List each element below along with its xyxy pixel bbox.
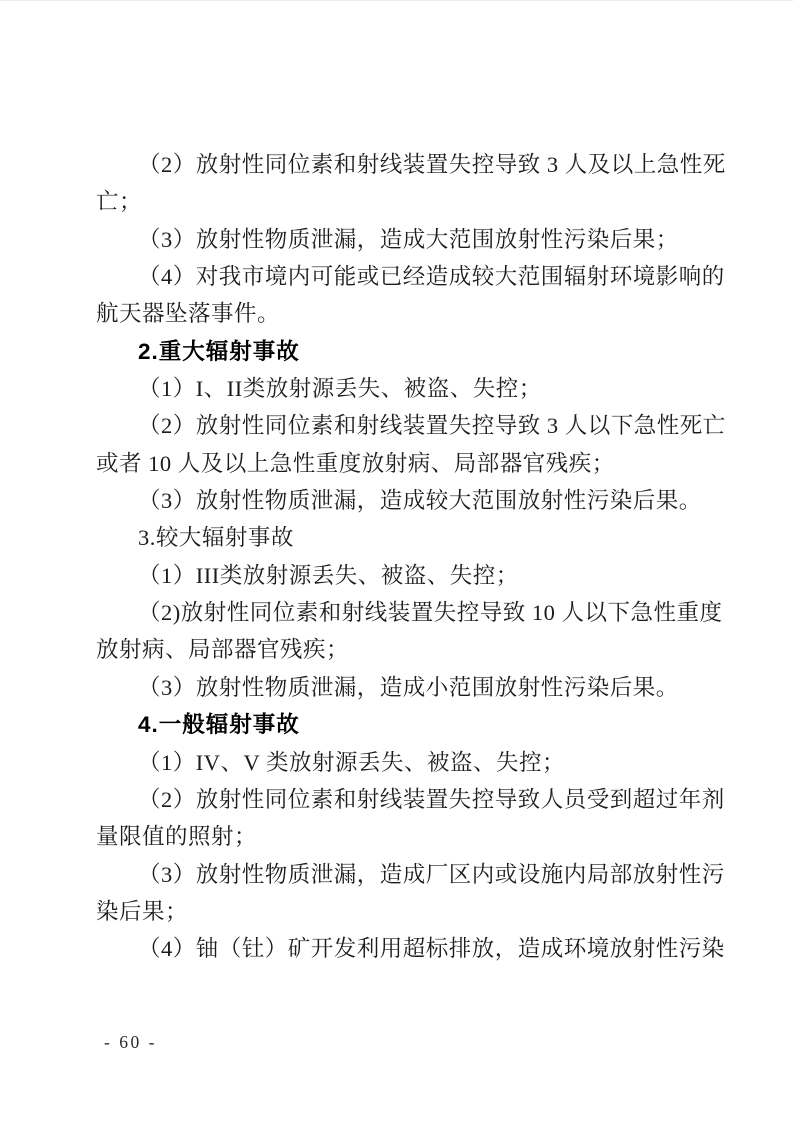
section-heading: 2.重大辐射事故 [96,333,712,370]
text-line: 放射病、局部器官残疾； [96,631,712,668]
text-line: （1）IV、V 类放射源丢失、被盗、失控； [96,744,712,781]
document-page: （2）放射性同位素和射线装置失控导致 3 人及以上急性死亡；（3）放射性物质泄漏… [0,0,793,1123]
text-line: 或者 10 人及以上急性重度放射病、局部器官残疾； [96,445,712,482]
text-line: （4）对我市境内可能或已经造成较大范围辐射环境影响的 [96,258,712,295]
text-line: （2)放射性同位素和射线装置失控导致 10 人以下急性重度 [96,594,712,631]
document-body: （2）放射性同位素和射线装置失控导致 3 人及以上急性死亡；（3）放射性物质泄漏… [96,146,712,968]
text-line: （4）铀（钍）矿开发利用超标排放，造成环境放射性污染 [96,930,712,967]
text-line: （3）放射性物质泄漏，造成厂区内或设施内局部放射性污 [96,856,712,893]
text-line: （3）放射性物质泄漏，造成大范围放射性污染后果； [96,221,712,258]
text-line: （3）放射性物质泄漏，造成较大范围放射性污染后果。 [96,482,712,519]
text-line: 染后果； [96,893,712,930]
text-line: （2）放射性同位素和射线装置失控导致 3 人以下急性死亡 [96,407,712,444]
text-line: （1）III类放射源丢失、被盗、失控； [96,557,712,594]
page-number: - 60 - [104,1031,157,1053]
text-line: 亡； [96,183,712,220]
text-line: （1）I、II类放射源丢失、被盗、失控； [96,370,712,407]
section-heading: 3.较大辐射事故 [96,519,712,556]
text-line: （3）放射性物质泄漏，造成小范围放射性污染后果。 [96,669,712,706]
section-heading: 4.一般辐射事故 [96,706,712,743]
text-line: 航天器坠落事件。 [96,295,712,332]
text-line: 量限值的照射； [96,818,712,855]
text-line: （2）放射性同位素和射线装置失控导致 3 人及以上急性死 [96,146,712,183]
text-line: （2）放射性同位素和射线装置失控导致人员受到超过年剂 [96,781,712,818]
